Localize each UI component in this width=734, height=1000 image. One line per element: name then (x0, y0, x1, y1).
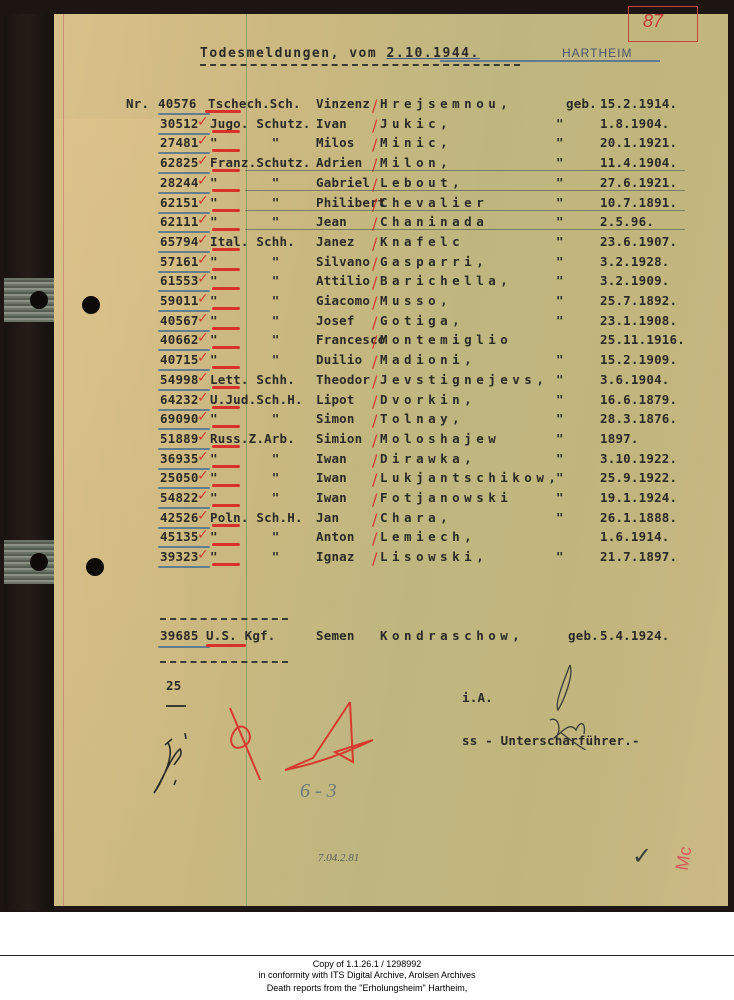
red-tick-mark: / (372, 155, 377, 174)
birth-date: 27.6.1921. (600, 175, 677, 190)
first-name: Semen (316, 628, 355, 643)
red-tick-mark: / (372, 451, 377, 470)
footer-description: Death reports from the "Erholungsheim" H… (0, 983, 734, 994)
red-pencil-underline (212, 268, 240, 271)
margin-line (63, 14, 64, 906)
born-marker: " (556, 392, 564, 407)
title-underline (200, 64, 520, 66)
red-check-icon: ✓ (197, 370, 209, 386)
prisoner-number: 40567 (160, 313, 199, 328)
red-check-icon: ✓ (197, 350, 209, 366)
birth-date: 23.1.1908. (600, 313, 677, 328)
red-tick-mark: / (372, 214, 377, 233)
prisoner-number: 39323 (160, 549, 199, 564)
red-tick-mark: / (372, 372, 377, 391)
red-pencil-underline (212, 169, 240, 172)
born-marker: " (556, 273, 564, 288)
born-marker: " (556, 175, 564, 190)
last-name: Knafelc (380, 234, 464, 249)
red-tick-mark: / (372, 116, 377, 135)
prisoner-category: " " (210, 195, 280, 210)
first-name: Adrien (316, 155, 362, 170)
row-prefix: Nr. (126, 96, 149, 111)
last-name: Barichella, (380, 273, 512, 288)
red-pencil-underline (212, 130, 240, 133)
red-pencil-underline (212, 563, 240, 566)
born-marker: " (556, 195, 564, 210)
punch-hole (82, 296, 100, 314)
last-name: Madioni, (380, 352, 476, 367)
red-pencil-underline (212, 248, 240, 251)
prisoner-number: 65794 (160, 234, 199, 249)
red-pencil-marks (225, 700, 385, 780)
first-name: Gabriel (316, 175, 370, 190)
footer-conformity: in conformity with ITS Digital Archive, … (0, 970, 734, 981)
born-marker: " (556, 116, 564, 131)
first-name: Josef (316, 313, 355, 328)
born-marker: " (556, 431, 564, 446)
prisoner-number: 28244 (160, 175, 199, 190)
red-pencil-underline (212, 327, 240, 330)
prisoner-category: " " (210, 451, 280, 466)
red-tick-mark: / (372, 254, 377, 273)
red-check-icon: ✓ (197, 508, 209, 524)
red-check-icon: ✓ (197, 527, 209, 543)
prisoner-category: Lett. Schh. (210, 372, 295, 387)
prisoner-category: " " (210, 352, 280, 367)
prisoner-number: 54998 (160, 372, 199, 387)
last-name: Tolnay, (380, 411, 464, 426)
first-name: Attilio (316, 273, 370, 288)
first-name: Jean (316, 214, 347, 229)
last-name: Lemiech, (380, 529, 476, 544)
birth-date: 23.6.1907. (600, 234, 677, 249)
born-marker: geb. (566, 96, 597, 111)
born-marker: " (556, 155, 564, 170)
prisoner-category: " " (210, 214, 280, 229)
signature-prefix: i.A. (462, 690, 493, 705)
born-marker: " (556, 352, 564, 367)
first-name: Ivan (316, 116, 347, 131)
born-marker: " (556, 313, 564, 328)
last-name: Chevalier (380, 195, 488, 210)
prisoner-category: " " (210, 411, 280, 426)
prisoner-category: Ital. Schh. (210, 234, 295, 249)
red-pencil-underline (212, 543, 240, 546)
prisoner-number: 62111 (160, 214, 199, 229)
red-pencil-underline (212, 228, 240, 231)
red-tick-mark: / (372, 313, 377, 332)
birth-date: 28.3.1876. (600, 411, 677, 426)
first-name: Duilio (316, 352, 362, 367)
first-name: Vinzenz (316, 96, 370, 111)
red-check-icon: ✓ (197, 547, 209, 563)
red-check-icon: ✓ (197, 212, 209, 228)
red-tick-mark: / (372, 352, 377, 371)
last-name: Kondraschow, (380, 628, 524, 643)
prisoner-category: " " (210, 549, 280, 564)
born-marker: " (556, 214, 564, 229)
prisoner-number: 36935 (160, 451, 199, 466)
born-marker: " (556, 293, 564, 308)
red-tick-mark: / (372, 293, 377, 312)
red-tick-mark: / (372, 175, 377, 194)
separator-line (160, 661, 288, 663)
red-check-icon: ✓ (197, 409, 209, 425)
birth-date: 15.2.1909. (600, 352, 677, 367)
first-name: Iwan (316, 490, 347, 505)
pencil-mark (150, 725, 210, 795)
blue-pencil-underline (440, 60, 660, 62)
prisoner-category: " " (210, 254, 280, 269)
red-tick-mark: / (372, 549, 377, 568)
last-name: Gasparri, (380, 254, 488, 269)
birth-date: 3.2.1928. (600, 254, 670, 269)
prisoner-number: 40715 (160, 352, 199, 367)
birth-date: 3.6.1904. (600, 372, 670, 387)
handwritten-place: HARTHEIM (562, 46, 632, 60)
blue-pencil-underline (158, 566, 210, 568)
red-check-icon: ✓ (197, 468, 209, 484)
birth-date: 3.10.1922. (600, 451, 677, 466)
first-name: Anton (316, 529, 355, 544)
born-marker: " (556, 490, 564, 505)
red-tick-mark: / (372, 510, 377, 529)
prisoner-category: " " (210, 529, 280, 544)
birth-date: 15.2.1914. (600, 96, 677, 111)
pencil-date-note: 7.04.2.81 (318, 852, 359, 864)
born-marker: geb. (568, 628, 599, 643)
red-check-icon: ✓ (197, 271, 209, 287)
binder-spine (4, 14, 54, 910)
first-name: Simon (316, 411, 355, 426)
prisoner-category: " " (210, 470, 280, 485)
born-marker: " (556, 510, 564, 525)
red-pencil-underline (212, 445, 240, 448)
last-name: Lukjantschikow, (380, 470, 560, 485)
red-check-icon: ✓ (197, 232, 209, 248)
red-tick-mark: / (372, 135, 377, 154)
last-name: Musso, (380, 293, 452, 308)
red-pencil-underline (212, 484, 240, 487)
footer-divider (0, 955, 734, 956)
red-check-icon: ✓ (197, 488, 209, 504)
birth-date: 25.11.1916. (600, 332, 685, 347)
page-number: 87 (643, 11, 663, 32)
red-pencil-underline (212, 386, 240, 389)
red-tick-mark: / (372, 273, 377, 292)
red-pencil-underline (206, 644, 246, 647)
separator-line (160, 618, 288, 620)
prisoner-number: 69090 (160, 411, 199, 426)
prisoner-category: " " (210, 175, 280, 190)
prisoner-number: 57161 (160, 254, 199, 269)
red-pencil-underline (212, 425, 240, 428)
birth-date: 3.2.1909. (600, 273, 670, 288)
last-name: Moloshajew (380, 431, 500, 446)
born-marker: " (556, 549, 564, 564)
footer-copy-reference: Copy of 1.1.26.1 / 1298992 (0, 959, 734, 970)
birth-date: 20.1.1921. (600, 135, 677, 150)
prisoner-number: 45135 (160, 529, 199, 544)
red-tick-mark: / (372, 490, 377, 509)
birth-date: 25.9.1922. (600, 470, 677, 485)
prisoner-number: 30512 (160, 116, 199, 131)
red-pencil-underline (212, 346, 240, 349)
check-mark-icon: ✓ (632, 842, 652, 870)
red-tick-mark: / (372, 431, 377, 450)
red-pencil-underline (212, 504, 240, 507)
strike-line (245, 210, 685, 211)
first-name: Theodor (316, 372, 370, 387)
first-name: Giacomo (316, 293, 370, 308)
last-name: Gotiga, (380, 313, 464, 328)
first-name: Milos (316, 135, 355, 150)
total-count: 25 (166, 678, 181, 693)
first-name: Iwan (316, 451, 347, 466)
title-text: Todesmeldungen, vom (200, 46, 387, 61)
strike-line (245, 229, 685, 230)
last-name: Lisowski, (380, 549, 488, 564)
prisoner-number: 39685 (160, 628, 199, 643)
prisoner-category: " " (210, 273, 280, 288)
birth-date: 26.1.1888. (600, 510, 677, 525)
prisoner-number: 27481 (160, 135, 199, 150)
prisoner-number: 62825 (160, 155, 199, 170)
birth-date: 19.1.1924. (600, 490, 677, 505)
prisoner-category: Poln. Sch.H. (210, 510, 303, 525)
red-check-icon: ✓ (197, 114, 209, 130)
last-name: Minic, (380, 135, 452, 150)
red-check-icon: ✓ (197, 449, 209, 465)
red-initials: Mc (672, 845, 697, 872)
blue-pencil-underline (158, 646, 210, 648)
red-check-icon: ✓ (197, 311, 209, 327)
first-name: Iwan (316, 470, 347, 485)
red-pencil-underline (212, 366, 240, 369)
red-pencil-underline (212, 287, 240, 290)
prisoner-category: U.S. Kgf. (206, 628, 276, 643)
red-pencil-underline (205, 110, 241, 113)
red-pencil-underline (212, 524, 240, 527)
red-check-icon: ✓ (197, 390, 209, 406)
born-marker: " (556, 234, 564, 249)
first-name: Lipot (316, 392, 355, 407)
prisoner-number: 25050 (160, 470, 199, 485)
first-name: Simion (316, 431, 362, 446)
prisoner-number: 40576 (158, 96, 197, 111)
birth-date: 5.4.1924. (600, 628, 670, 643)
born-marker: " (556, 411, 564, 426)
red-pencil-underline (212, 406, 240, 409)
red-pencil-underline (212, 465, 240, 468)
birth-date: 11.4.1904. (600, 155, 677, 170)
prisoner-category: Tschech.Sch. (208, 96, 301, 111)
red-check-icon: ✓ (197, 173, 209, 189)
red-tick-mark: / (372, 332, 377, 351)
count-underline (166, 705, 186, 707)
prisoner-category: " " (210, 332, 280, 347)
prisoner-category: " " (210, 490, 280, 505)
birth-date: 16.6.1879. (600, 392, 677, 407)
scanned-document: 87 Todesmeldungen, vom 2.10.1944. HARTHE… (0, 0, 734, 912)
document-title: Todesmeldungen, vom 2.10.1944. (200, 46, 480, 61)
last-name: Lebout, (380, 175, 464, 190)
prisoner-number: 59011 (160, 293, 199, 308)
prisoner-number: 51889 (160, 431, 199, 446)
born-marker: " (556, 470, 564, 485)
page-number-stamp: 87 (628, 6, 698, 42)
last-name: Hrejsemnou, (380, 96, 512, 111)
birth-date: 10.7.1891. (600, 195, 677, 210)
last-name: Chara, (380, 510, 452, 525)
strike-line (245, 170, 685, 171)
strike-line (245, 190, 685, 191)
last-name: Jukic, (380, 116, 452, 131)
prisoner-number: 42526 (160, 510, 199, 525)
punch-hole (86, 558, 104, 576)
birth-date: 25.7.1892. (600, 293, 677, 308)
birth-date: 1.6.1914. (600, 529, 670, 544)
red-check-icon: ✓ (197, 429, 209, 445)
red-tick-mark: / (372, 234, 377, 253)
red-tick-mark: / (372, 411, 377, 430)
archive-footer: Copy of 1.1.26.1 / 1298992 in conformity… (0, 959, 734, 994)
last-name: Chaninada (380, 214, 488, 229)
red-check-icon: ✓ (197, 133, 209, 149)
last-name: Milon, (380, 155, 452, 170)
prisoner-category: Jugo. Schutz. (210, 116, 310, 131)
born-marker: " (556, 254, 564, 269)
prisoner-category: Russ.Z.Arb. (210, 431, 295, 446)
red-pencil-underline (212, 189, 240, 192)
red-tick-mark: / (372, 195, 377, 214)
red-check-icon: ✓ (197, 193, 209, 209)
born-marker: " (556, 451, 564, 466)
first-name: Ignaz (316, 549, 355, 564)
handwritten-signature (540, 660, 600, 750)
red-tick-mark: / (372, 96, 377, 115)
first-name: Silvano (316, 254, 370, 269)
birth-date: 2.5.96. (600, 214, 654, 229)
birth-date: 1897. (600, 431, 639, 446)
prisoner-number: 61553 (160, 273, 199, 288)
first-name: Jan (316, 510, 339, 525)
red-check-icon: ✓ (197, 252, 209, 268)
punch-hole (30, 291, 48, 309)
red-pencil-underline (212, 209, 240, 212)
prisoner-number: 64232 (160, 392, 199, 407)
born-marker: " (556, 372, 564, 387)
red-tick-mark: / (372, 470, 377, 489)
prisoner-category: " " (210, 293, 280, 308)
last-name: Dirawka, (380, 451, 476, 466)
birth-date: 21.7.1897. (600, 549, 677, 564)
first-name: Janez (316, 234, 355, 249)
prisoner-number: 54822 (160, 490, 199, 505)
last-name: Montemiglio (380, 332, 512, 347)
last-name: Dvorkin, (380, 392, 476, 407)
red-pencil-underline (212, 307, 240, 310)
prisoner-category: " " (210, 135, 280, 150)
prisoner-category: " " (210, 313, 280, 328)
prisoner-number: 40662 (160, 332, 199, 347)
last-name: Jevstignejevs, (380, 372, 548, 387)
red-tick-mark: / (372, 392, 377, 411)
prisoner-category: U.Jud.Sch.H. (210, 392, 303, 407)
red-pencil-underline (212, 149, 240, 152)
last-name: Fotjanowski (380, 490, 512, 505)
pencil-note: 6 - 3 (300, 780, 337, 803)
born-marker: " (556, 135, 564, 150)
red-check-icon: ✓ (197, 291, 209, 307)
prisoner-number: 62151 (160, 195, 199, 210)
red-check-icon: ✓ (197, 153, 209, 169)
red-check-icon: ✓ (197, 330, 209, 346)
prisoner-category: Franz.Schutz. (210, 155, 310, 170)
red-tick-mark: / (372, 529, 377, 548)
title-date: 2.10.1944. (387, 46, 480, 61)
birth-date: 1.8.1904. (600, 116, 670, 131)
punch-hole (30, 553, 48, 571)
